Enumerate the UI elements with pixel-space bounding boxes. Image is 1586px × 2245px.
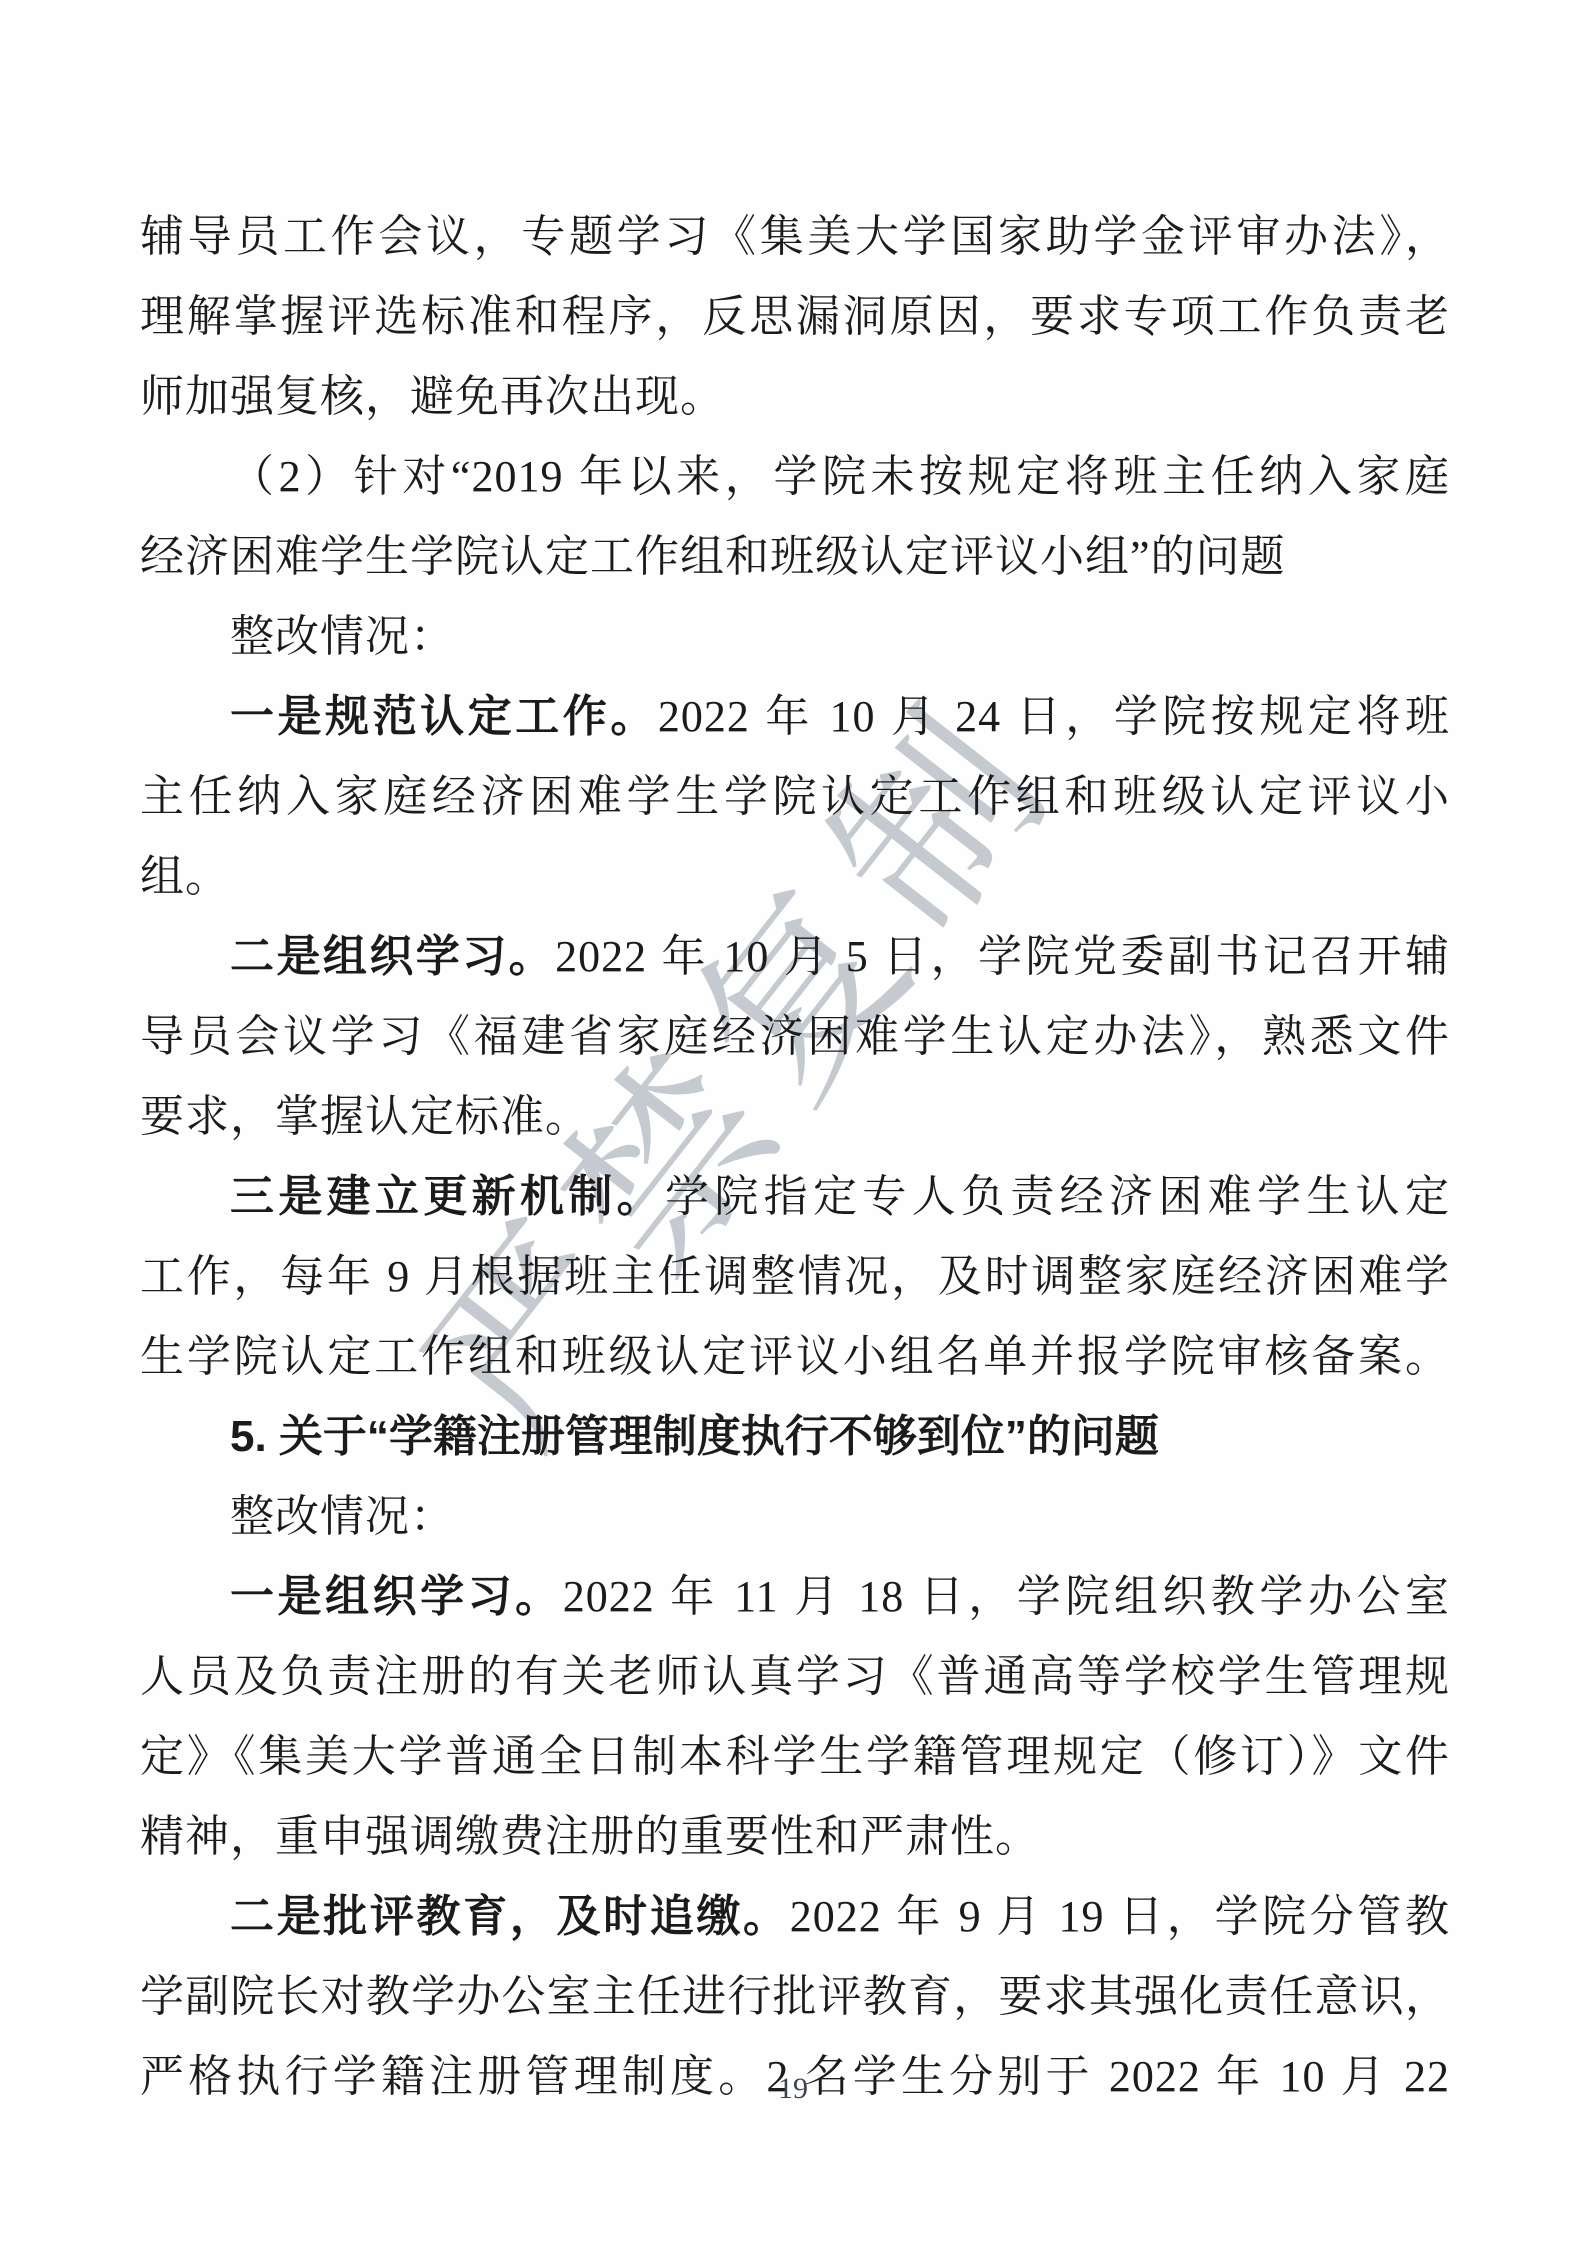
text-line: 主任纳入家庭经济困难学生学院认定工作组和班级认定评议小 xyxy=(140,757,1450,837)
text-run: 经济困难学生学院认定工作组和班级认定评议小组”的问题 xyxy=(140,532,1286,581)
text-line: 要求，掌握认定标准。 xyxy=(140,1077,1450,1157)
text-line: 整改情况： xyxy=(140,597,1450,677)
text-line: 学副院长对教学办公室主任进行批评教育，要求其强化责任意识， xyxy=(140,1957,1450,2037)
document-page: 严禁复制 辅导员工作会议，专题学习《集美大学国家助学金评审办法》，理解掌握评选标… xyxy=(0,0,1586,2245)
text-line: 师加强复核，避免再次出现。 xyxy=(140,357,1450,437)
bold-run: 一是组织学习。 xyxy=(230,1572,563,1621)
text-run: 工作，每年 9 月根据班主任调整情况，及时调整家庭经济困难学 xyxy=(140,1252,1450,1301)
text-line: 理解掌握评选标准和程序，反思漏洞原因，要求专项工作负责老 xyxy=(140,277,1450,357)
document-body: 辅导员工作会议，专题学习《集美大学国家助学金评审办法》，理解掌握评选标准和程序，… xyxy=(140,197,1450,2117)
text-run: 精神，重申强调缴费注册的重要性和严肃性。 xyxy=(140,1812,1040,1861)
bold-run: 二是组织学习。 xyxy=(230,932,555,981)
text-run: 2022 年 11 月 18 日，学院组织教学办公室 xyxy=(563,1572,1450,1621)
text-run: 学副院长对教学办公室主任进行批评教育，要求其强化责任意识， xyxy=(140,1972,1450,2021)
page-number: 19 xyxy=(0,2072,1586,2106)
text-run: （2）针对“2019 年以来，学院未按规定将班主任纳入家庭 xyxy=(230,452,1450,501)
text-run: 整改情况： xyxy=(230,1492,455,1541)
text-run: 导员会议学习《福建省家庭经济困难学生认定办法》，熟悉文件 xyxy=(140,1012,1450,1061)
text-line: 辅导员工作会议，专题学习《集美大学国家助学金评审办法》， xyxy=(140,197,1450,277)
text-run: 师加强复核，避免再次出现。 xyxy=(140,372,725,421)
text-run: 要求，掌握认定标准。 xyxy=(140,1092,590,1141)
text-run: 生学院认定工作组和班级认定评议小组名单并报学院审核备案。 xyxy=(140,1332,1450,1381)
bold-run: 二是批评教育，及时追缴。 xyxy=(230,1892,790,1941)
text-line: 经济困难学生学院认定工作组和班级认定评议小组”的问题 xyxy=(140,517,1450,597)
text-line: 一是规范认定工作。2022 年 10 月 24 日，学院按规定将班 xyxy=(140,677,1450,757)
text-line: 三是建立更新机制。学院指定专人负责经济困难学生认定 xyxy=(140,1157,1450,1237)
text-run: 人员及负责注册的有关老师认真学习《普通高等学校学生管理规 xyxy=(140,1652,1450,1701)
bold-run: 三是建立更新机制。 xyxy=(230,1172,665,1221)
text-line: 5. 关于“学籍注册管理制度执行不够到位”的问题 xyxy=(140,1397,1450,1477)
text-run: 整改情况： xyxy=(230,612,455,661)
text-run: 辅导员工作会议，专题学习《集美大学国家助学金评审办法》， xyxy=(140,212,1450,261)
text-run: 2022 年 9 月 19 日，学院分管教 xyxy=(790,1892,1450,1941)
text-run: 2022 年 10 月 5 日，学院党委副书记召开辅 xyxy=(555,932,1450,981)
text-line: 组。 xyxy=(140,837,1450,917)
text-run: 主任纳入家庭经济困难学生学院认定工作组和班级认定评议小 xyxy=(140,772,1450,821)
text-run: 组。 xyxy=(140,852,230,901)
bold-run: 一是规范认定工作。 xyxy=(230,692,658,741)
text-line: 导员会议学习《福建省家庭经济困难学生认定办法》，熟悉文件 xyxy=(140,997,1450,1077)
text-line: 精神，重申强调缴费注册的重要性和严肃性。 xyxy=(140,1797,1450,1877)
text-line: 一是组织学习。2022 年 11 月 18 日，学院组织教学办公室 xyxy=(140,1557,1450,1637)
bold-run: 5. 关于“学籍注册管理制度执行不够到位”的问题 xyxy=(230,1412,1159,1461)
text-line: 二是组织学习。2022 年 10 月 5 日，学院党委副书记召开辅 xyxy=(140,917,1450,997)
text-run: 学院指定专人负责经济困难学生认定 xyxy=(665,1172,1450,1221)
text-run: 定》《集美大学普通全日制本科学生学籍管理规定（修订）》文件 xyxy=(140,1732,1450,1781)
text-line: 生学院认定工作组和班级认定评议小组名单并报学院审核备案。 xyxy=(140,1317,1450,1397)
text-line: （2）针对“2019 年以来，学院未按规定将班主任纳入家庭 xyxy=(140,437,1450,517)
text-line: 整改情况： xyxy=(140,1477,1450,1557)
text-run: 2022 年 10 月 24 日，学院按规定将班 xyxy=(658,692,1450,741)
text-line: 工作，每年 9 月根据班主任调整情况，及时调整家庭经济困难学 xyxy=(140,1237,1450,1317)
text-run: 理解掌握评选标准和程序，反思漏洞原因，要求专项工作负责老 xyxy=(140,292,1450,341)
text-line: 二是批评教育，及时追缴。2022 年 9 月 19 日，学院分管教 xyxy=(140,1877,1450,1957)
text-line: 人员及负责注册的有关老师认真学习《普通高等学校学生管理规 xyxy=(140,1637,1450,1717)
text-line: 定》《集美大学普通全日制本科学生学籍管理规定（修订）》文件 xyxy=(140,1717,1450,1797)
